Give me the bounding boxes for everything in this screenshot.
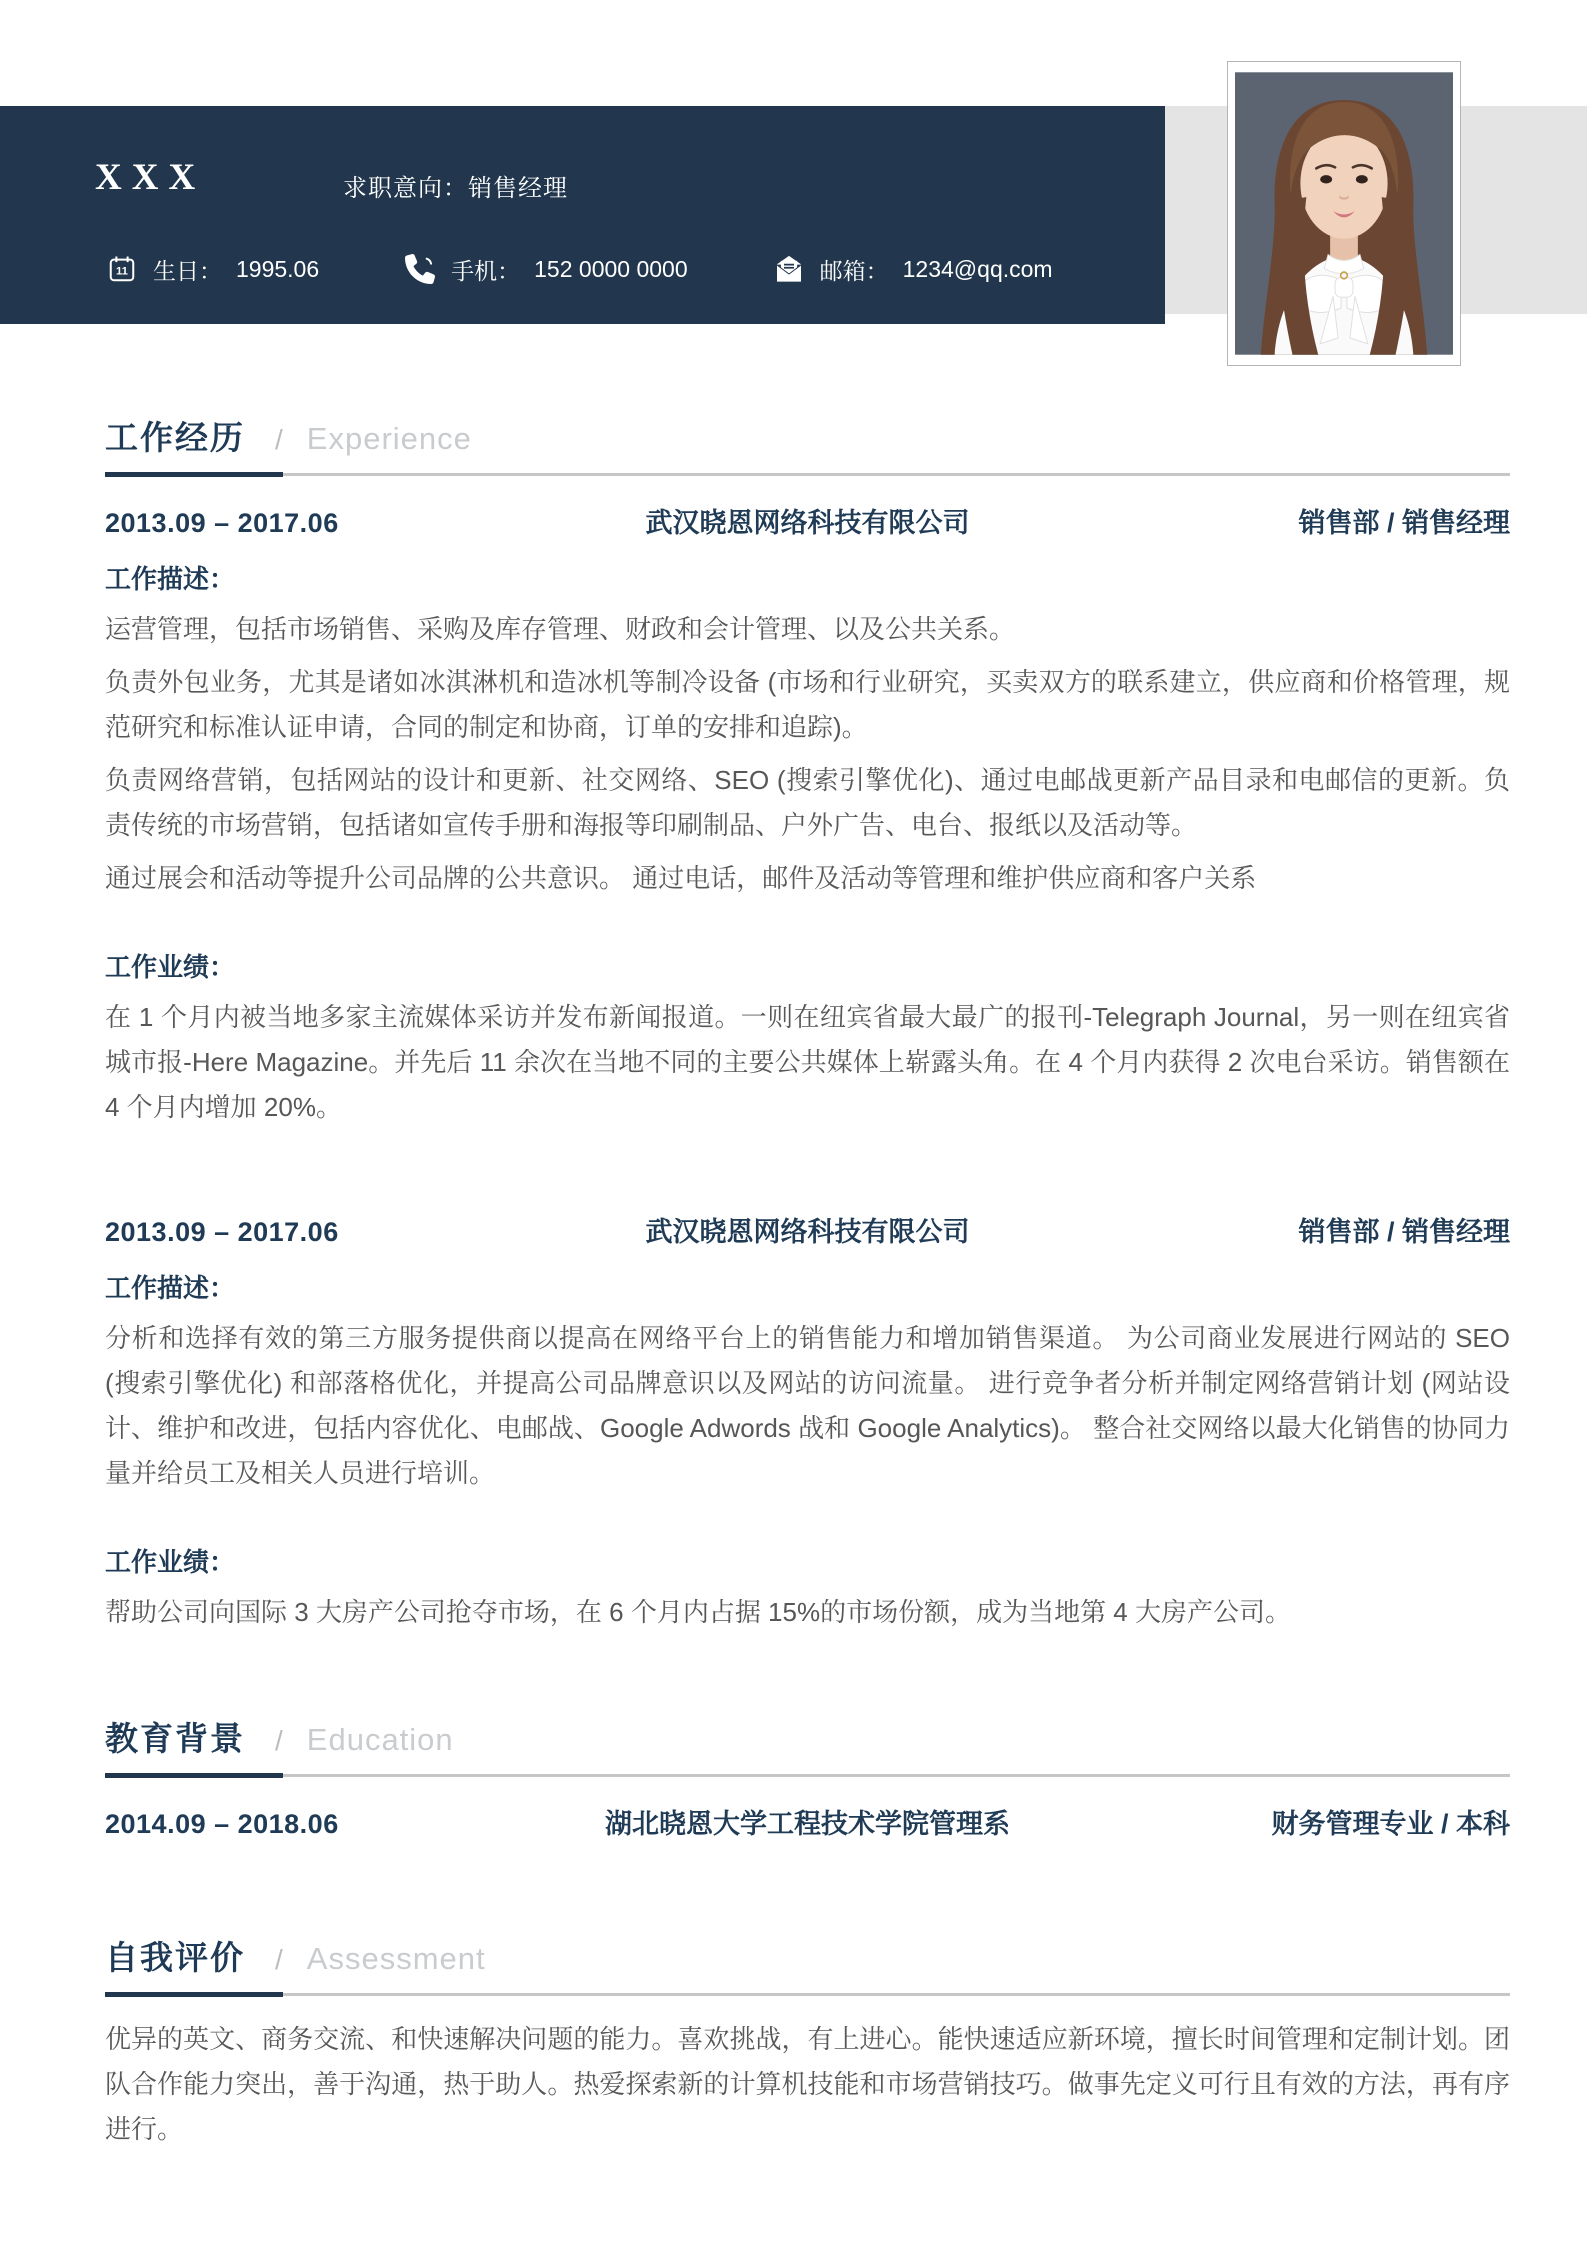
entry-company: 武汉晓恩网络科技有限公司 [646,1214,970,1250]
rule-dark-segment [105,1992,283,1997]
desc-text: 运营管理，包括市场销售、采购及库存管理、财政和会计管理、以及公共关系。 负责外包… [105,607,1510,901]
job-objective: 求职意向：销售经理 [343,168,568,203]
calendar-icon: 11 [105,252,139,286]
achievement-text: 在 1 个月内被当地多家主流媒体采访并发布新闻报道。一则在纽宾省最大最广的报刊-… [105,995,1510,1130]
slash-divider: / [275,1719,283,1763]
slash-divider: / [275,1938,283,1982]
portrait-illustration [1235,69,1453,358]
profile-photo [1227,61,1461,366]
candidate-name: XXX [95,156,205,199]
svg-text:11: 11 [116,266,128,278]
education-major: 财务管理专业 / 本科 [1271,1806,1510,1842]
assessment-title-en: Assessment [307,1937,486,1981]
assessment-header: 自我评价 / Assessment [105,1936,1510,1982]
entry-company: 武汉晓恩网络科技有限公司 [646,505,970,541]
email-label: 邮箱： [820,253,889,286]
rule-gray-segment [283,1993,1510,1996]
assessment-paragraph: 优异的英文、商务交流、和快速解决问题的能力。喜欢挑战，有上进心。能快速适应新环境… [105,2017,1510,2152]
education-meta-row: 2014.09 – 2018.06 湖北晓恩大学工程技术学院管理系 财务管理专业… [105,1806,1510,1842]
education-period: 2014.09 – 2018.06 [105,1806,339,1842]
resume-page: XXX 求职意向：销售经理 11 生日： 1995.06 [0,0,1587,2245]
rule-dark-segment [105,1773,283,1778]
achievement-paragraph: 帮助公司向国际 3 大房产公司抢夺市场，在 6 个月内占据 15%的市场份额，成… [105,1590,1510,1635]
education-title-en: Education [307,1718,454,1762]
experience-entry: 2013.09 – 2017.06 武汉晓恩网络科技有限公司 销售部 / 销售经… [105,505,1510,1130]
section-rule [105,472,1510,477]
entry-meta-row: 2013.09 – 2017.06 武汉晓恩网络科技有限公司 销售部 / 销售经… [105,505,1510,541]
phone-value: 152 0000 0000 [534,256,688,283]
achievement-text: 帮助公司向国际 3 大房产公司抢夺市场，在 6 个月内占据 15%的市场份额，成… [105,1590,1510,1635]
section-experience: 工作经历 / Experience 2013.09 – 2017.06 武汉晓恩… [105,416,1510,1635]
rule-gray-segment [283,1774,1510,1777]
education-header: 教育背景 / Education [105,1717,1510,1763]
section-rule [105,1992,1510,1997]
assessment-text: 优异的英文、商务交流、和快速解决问题的能力。喜欢挑战，有上进心。能快速适应新环境… [105,2017,1510,2152]
entry-meta-row: 2013.09 – 2017.06 武汉晓恩网络科技有限公司 销售部 / 销售经… [105,1214,1510,1250]
experience-header: 工作经历 / Experience [105,416,1510,462]
contact-birthday: 11 生日： 1995.06 [105,252,319,286]
entry-period: 2013.09 – 2017.06 [105,1214,339,1250]
birthday-value: 1995.06 [236,256,319,283]
experience-entry: 2013.09 – 2017.06 武汉晓恩网络科技有限公司 销售部 / 销售经… [105,1214,1510,1635]
header-navy-band: XXX 求职意向：销售经理 11 生日： 1995.06 [0,106,1165,324]
desc-paragraph: 通过展会和活动等提升公司品牌的公共意识。 通过电话，邮件及活动等管理和维护供应商… [105,856,1510,901]
desc-paragraph: 负责网络营销，包括网站的设计和更新、社交网络、SEO (搜索引擎优化)、通过电邮… [105,758,1510,848]
experience-title-zh: 工作经历 [105,416,245,460]
achievement-paragraph: 在 1 个月内被当地多家主流媒体采访并发布新闻报道。一则在纽宾省最大最广的报刊-… [105,995,1510,1130]
rule-dark-segment [105,472,283,477]
mail-icon [772,252,806,286]
entry-position: 销售部 / 销售经理 [1298,1214,1510,1250]
desc-text: 分析和选择有效的第三方服务提供商以提高在网络平台上的销售能力和增加销售渠道。 为… [105,1316,1510,1496]
desc-label: 工作描述： [105,1268,1510,1308]
section-education: 教育背景 / Education 2014.09 – 2018.06 湖北晓恩大… [105,1717,1510,1842]
entry-period: 2013.09 – 2017.06 [105,505,339,541]
section-rule [105,1773,1510,1778]
desc-paragraph: 分析和选择有效的第三方服务提供商以提高在网络平台上的销售能力和增加销售渠道。 为… [105,1316,1510,1496]
experience-title-en: Experience [307,417,472,461]
desc-label: 工作描述： [105,559,1510,599]
contact-email: 邮箱： 1234@qq.com [772,252,1053,286]
birthday-label: 生日： [153,253,222,286]
contact-row: 11 生日： 1995.06 手机： 152 0000 0000 [105,252,1053,286]
achievement-label: 工作业绩： [105,1542,1510,1582]
assessment-title-zh: 自我评价 [105,1936,245,1980]
contact-phone: 手机： 152 0000 0000 [403,252,688,286]
rule-gray-segment [283,473,1510,476]
entry-position: 销售部 / 销售经理 [1298,505,1510,541]
section-assessment: 自我评价 / Assessment 优异的英文、商务交流、和快速解决问题的能力。… [105,1936,1510,2152]
education-title-zh: 教育背景 [105,1717,245,1761]
desc-paragraph: 负责外包业务，尤其是诸如冰淇淋机和造冰机等制冷设备 (市场和行业研究，买卖双方的… [105,660,1510,750]
slash-divider: / [275,418,283,462]
achievement-label: 工作业绩： [105,947,1510,987]
phone-icon [403,252,437,286]
desc-paragraph: 运营管理，包括市场销售、采购及库存管理、财政和会计管理、以及公共关系。 [105,607,1510,652]
phone-label: 手机： [451,253,520,286]
resume-body: 工作经历 / Experience 2013.09 – 2017.06 武汉晓恩… [105,324,1510,2160]
email-value: 1234@qq.com [903,256,1053,283]
education-school: 湖北晓恩大学工程技术学院管理系 [605,1806,1010,1842]
